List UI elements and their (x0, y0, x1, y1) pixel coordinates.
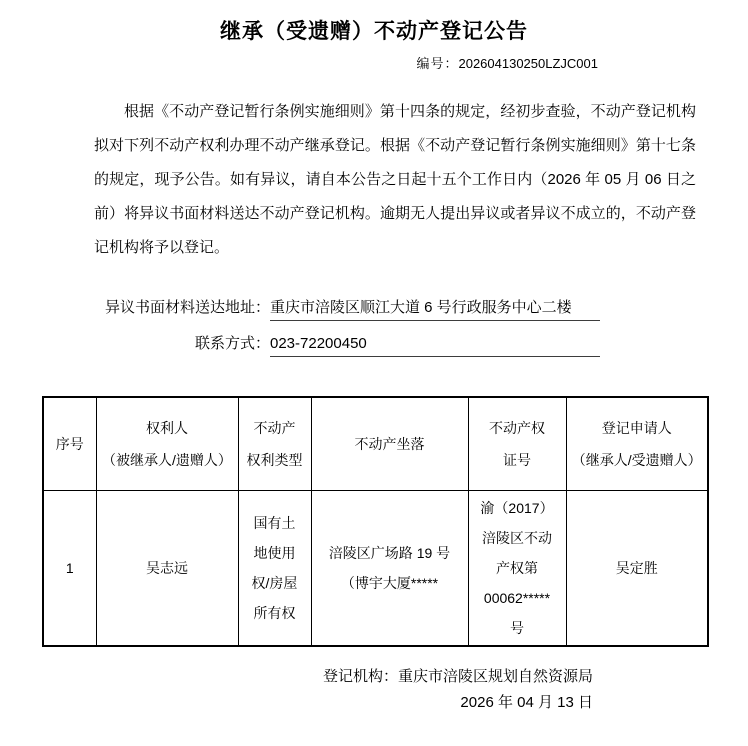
header-certificate-number: 不动产权 证号 (468, 397, 566, 490)
doc-number-value: 202604130250LZJC001 (458, 56, 598, 71)
notice-line-4: 前）将异议书面材料送达不动产登记机构。逾期无人提出异议或者异议不成立的，不动产登 (94, 197, 696, 231)
announcement-table: 序号 权利人 （被继承人/遗赠人） 不动产 权利类型 不动产坐落 不动产权 证号… (42, 396, 709, 647)
footer-authority: 登记机构：重庆市涪陵区规划自然资源局 (323, 664, 593, 690)
table-row: 1 吴志远 国有土 地使用 权/房屋 所有权 涪陵区广场路 19 号 （博宇大厦… (43, 490, 708, 646)
footer-date: 2026 年 04 月 13 日 (323, 690, 593, 716)
cell-right-type: 国有土 地使用 权/房屋 所有权 (238, 490, 311, 646)
header-right-type: 不动产 权利类型 (238, 397, 311, 490)
notice-line-2: 拟对下列不动产权利办理不动产继承登记。根据《不动产登记暂行条例实施细则》第十七条 (94, 129, 696, 163)
address-row: 异议书面材料送达地址： 重庆市涪陵区顺江大道 6 号行政服务中心二楼 (0, 295, 748, 321)
footer-section: 登记机构：重庆市涪陵区规划自然资源局 2026 年 04 月 13 日 (323, 664, 593, 716)
header-applicant: 登记申请人 （继承人/受遗赠人） (566, 397, 708, 490)
cell-applicant: 吴定胜 (566, 490, 708, 646)
address-label: 异议书面材料送达地址： (0, 295, 270, 321)
phone-row: 联系方式： 023-72200450 (0, 331, 748, 357)
header-property-location: 不动产坐落 (311, 397, 468, 490)
header-right-holder: 权利人 （被继承人/遗赠人） (96, 397, 238, 490)
phone-value: 023-72200450 (270, 331, 600, 357)
address-value: 重庆市涪陵区顺江大道 6 号行政服务中心二楼 (270, 295, 600, 321)
cell-serial-number: 1 (43, 490, 96, 646)
header-serial-number: 序号 (43, 397, 96, 490)
cell-certificate-number: 渝（2017） 涪陵区不动 产权第 00062***** 号 (468, 490, 566, 646)
notice-line-5: 记机构将予以登记。 (94, 231, 696, 265)
doc-number-label: 编号： (416, 56, 458, 71)
cell-property-location: 涪陵区广场路 19 号 （博宇大厦***** (311, 490, 468, 646)
contact-section: 异议书面材料送达地址： 重庆市涪陵区顺江大道 6 号行政服务中心二楼 联系方式：… (0, 295, 748, 367)
doc-number: 编号：202604130250LZJC001 (416, 53, 598, 72)
cell-right-holder: 吴志远 (96, 490, 238, 646)
notice-line-3: 的规定，现予公告。如有异议，请自本公告之日起十五个工作日内（2026 年 05 … (94, 163, 696, 197)
phone-label: 联系方式： (0, 331, 270, 357)
page-title: 继承（受遗赠）不动产登记公告 (0, 15, 748, 45)
table-header-row: 序号 权利人 （被继承人/遗赠人） 不动产 权利类型 不动产坐落 不动产权 证号… (43, 397, 708, 490)
notice-line-1: 根据《不动产登记暂行条例实施细则》第十四条的规定，经初步查验，不动产登记机构 (94, 95, 696, 129)
document-page: 继承（受遗赠）不动产登记公告 编号：202604130250LZJC001 根据… (0, 0, 748, 746)
notice-paragraph: 根据《不动产登记暂行条例实施细则》第十四条的规定，经初步查验，不动产登记机构 拟… (94, 95, 696, 265)
